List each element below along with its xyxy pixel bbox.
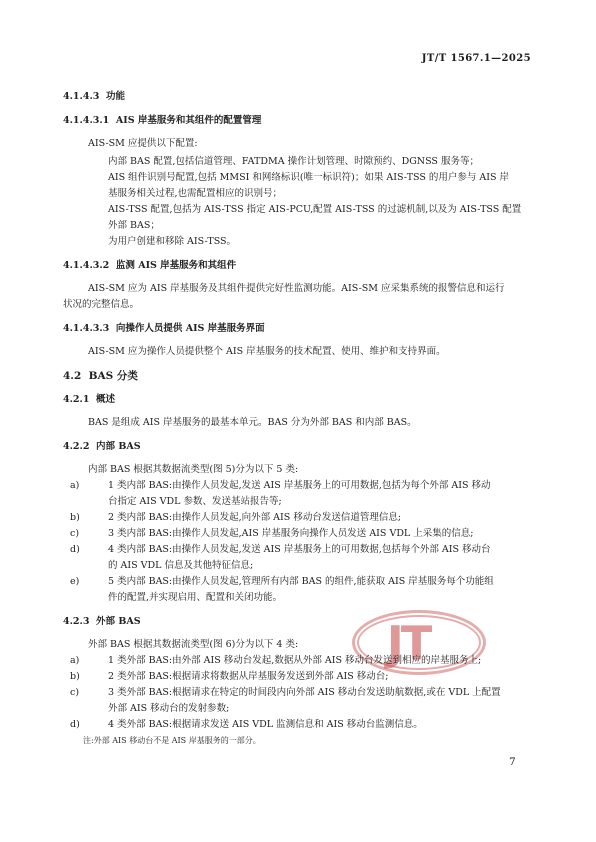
- line-text: AIS-SM 应为操作人员提供整个 AIS 岸基服务的技术配置、使用、维护和支持…: [88, 346, 446, 357]
- list-marker: a): [70, 478, 79, 494]
- line-text: 件的配置,并实现启用、配置和关闭功能。: [108, 592, 282, 603]
- line-text: 外部 BAS；: [108, 220, 160, 231]
- list-item: d)4 类外部 BAS:根据请求发送 AIS VDL 监测信息和 AIS 移动台…: [63, 717, 538, 733]
- page-number: 7: [509, 756, 516, 768]
- paragraph-line: AIS-SM 应提供以下配置:: [63, 136, 538, 152]
- line-text: 注:外部 AIS 移动台不是 AIS 岸基服务的一部分。: [83, 736, 261, 745]
- dash-list-line: 外部 BAS；: [63, 218, 538, 234]
- list-marker: e): [70, 574, 79, 590]
- line-text: 外部 BAS 根据其数据流类型(图 6)分为以下 4 类:: [88, 639, 298, 650]
- line-text: 4 类内部 BAS:由操作人员发起,发送 AIS 岸基服务上的可用数据,包括每个…: [108, 544, 491, 555]
- subsection-heading: 4.2.1 概述: [63, 392, 538, 408]
- list-item: c)3 类内部 BAS:由操作人员发起,AIS 岸基服务向操作人员发送 AIS …: [63, 526, 538, 542]
- standard-number-header: JT/T 1567.1—2025: [422, 53, 531, 64]
- line-text: 4.1.4.3.1 AIS 岸基服务和其组件的配置管理: [63, 115, 261, 126]
- list-continuation-line: 台指定 AIS VDL 参数、发送基站报告等;: [63, 494, 538, 510]
- line-text: 1 类内部 BAS:由操作人员发起,发送 AIS 岸基服务上的可用数据,包括为每…: [108, 480, 491, 491]
- document-page: JT/T 1567.1—2025 JT 4.1.4.3 功能4.1.4.3.1 …: [0, 0, 596, 842]
- line-text: 4.1.4.3.3 向操作人员提供 AIS 岸基服务界面: [63, 323, 265, 334]
- note-line: 注:外部 AIS 移动台不是 AIS 岸基服务的一部分。: [63, 733, 538, 748]
- line-text: 2 类外部 BAS:根据请求将数据从岸基服务发送到外部 AIS 移动台;: [108, 671, 389, 682]
- paragraph-line: AIS-SM 应为 AIS 岸基服务及其组件提供完好性监测功能。AIS-SM 应…: [63, 281, 538, 297]
- line-text: AIS-SM 应提供以下配置:: [88, 138, 198, 149]
- line-text: 3 类外部 BAS:根据请求在特定的时间段内向外部 AIS 移动台发送助航数据,…: [108, 687, 501, 698]
- line-text: 内部 BAS 配置,包括信道管理、FATDMA 操作计划管理、时隙预约、DGNS…: [108, 156, 479, 167]
- list-marker: a): [70, 653, 79, 669]
- line-text: 4.1.4.3.2 监测 AIS 岸基服务和其组件: [63, 260, 236, 271]
- subsection-heading: 4.1.4.3.1 AIS 岸基服务和其组件的配置管理: [63, 113, 538, 129]
- dash-list-line: 基服务相关过程,也需配置相应的识别号；: [63, 186, 538, 202]
- list-marker: c): [70, 685, 79, 701]
- paragraph-line: 内部 BAS 根据其数据流类型(图 5)分为以下 5 类:: [63, 462, 538, 478]
- paragraph-line: 状况的完整信息。: [63, 297, 538, 313]
- line-text: 4 类外部 BAS:根据请求发送 AIS VDL 监测信息和 AIS 移动台监测…: [108, 719, 423, 730]
- line-text: 1 类外部 BAS:由外部 AIS 移动台发起,数据从外部 AIS 移动台发送到…: [108, 655, 481, 666]
- list-marker: d): [70, 542, 80, 558]
- list-marker: d): [70, 717, 80, 733]
- list-item: d)4 类内部 BAS:由操作人员发起,发送 AIS 岸基服务上的可用数据,包括…: [63, 542, 538, 558]
- line-text: 2 类内部 BAS:由操作人员发起,向外部 AIS 移动台发送信道管理信息;: [108, 512, 401, 523]
- subsection-heading: 4.1.4.3.2 监测 AIS 岸基服务和其组件: [63, 258, 538, 274]
- list-marker: b): [70, 669, 80, 685]
- line-text: 基服务相关过程,也需配置相应的识别号；: [108, 188, 282, 199]
- list-continuation-line: 件的配置,并实现启用、配置和关闭功能。: [63, 590, 538, 606]
- dash-list-line: AIS 组件识别号配置,包括 MMSI 和网络标识(唯一标识符)；如果 AIS-…: [63, 170, 538, 186]
- line-text: 的 AIS VDL 信息及其他特征信息;: [108, 560, 253, 571]
- line-text: 4.2.1 概述: [63, 394, 115, 405]
- subsection-heading: 4.1.4.3.3 向操作人员提供 AIS 岸基服务界面: [63, 321, 538, 337]
- dash-list-line: 为用户创建和移除 AIS-TSS。: [63, 234, 538, 250]
- document-content: 4.1.4.3 功能4.1.4.3.1 AIS 岸基服务和其组件的配置管理AIS…: [63, 86, 538, 748]
- line-text: 外部 AIS 移动台的发射参数;: [108, 703, 229, 714]
- paragraph-line: BAS 是组成 AIS 岸基服务的最基本单元。BAS 分为外部 BAS 和内部 …: [63, 415, 538, 431]
- list-item: a)1 类外部 BAS:由外部 AIS 移动台发起,数据从外部 AIS 移动台发…: [63, 653, 538, 669]
- list-item: b)2 类外部 BAS:根据请求将数据从岸基服务发送到外部 AIS 移动台;: [63, 669, 538, 685]
- list-item: e)5 类内部 BAS:由操作人员发起,管理所有内部 BAS 的组件,能获取 A…: [63, 574, 538, 590]
- list-item: b)2 类内部 BAS:由操作人员发起,向外部 AIS 移动台发送信道管理信息;: [63, 510, 538, 526]
- list-marker: c): [70, 526, 79, 542]
- line-text: 为用户创建和移除 AIS-TSS。: [108, 236, 236, 247]
- paragraph-line: 外部 BAS 根据其数据流类型(图 6)分为以下 4 类:: [63, 637, 538, 653]
- subsection-heading: 4.2.2 内部 BAS: [63, 439, 538, 455]
- line-text: 台指定 AIS VDL 参数、发送基站报告等;: [108, 496, 282, 507]
- subsection-heading: 4.1.4.3 功能: [63, 89, 538, 105]
- line-text: 4.2 BAS 分类: [63, 370, 138, 382]
- section-heading: 4.2 BAS 分类: [63, 368, 538, 384]
- line-text: 5 类内部 BAS:由操作人员发起,管理所有内部 BAS 的组件,能获取 AIS…: [108, 576, 494, 587]
- list-item: a)1 类内部 BAS:由操作人员发起,发送 AIS 岸基服务上的可用数据,包括…: [63, 478, 538, 494]
- dash-list-line: AIS-TSS 配置,包括为 AIS-TSS 指定 AIS-PCU,配置 AIS…: [63, 202, 538, 218]
- line-text: 4.2.3 外部 BAS: [63, 616, 141, 627]
- line-text: AIS-TSS 配置,包括为 AIS-TSS 指定 AIS-PCU,配置 AIS…: [108, 204, 521, 215]
- list-item: c)3 类外部 BAS:根据请求在特定的时间段内向外部 AIS 移动台发送助航数…: [63, 685, 538, 701]
- list-continuation-line: 的 AIS VDL 信息及其他特征信息;: [63, 558, 538, 574]
- dash-list-line: 内部 BAS 配置,包括信道管理、FATDMA 操作计划管理、时隙预约、DGNS…: [63, 154, 538, 170]
- list-continuation-line: 外部 AIS 移动台的发射参数;: [63, 701, 538, 717]
- line-text: AIS-SM 应为 AIS 岸基服务及其组件提供完好性监测功能。AIS-SM 应…: [88, 283, 505, 294]
- line-text: 状况的完整信息。: [63, 299, 139, 310]
- paragraph-line: AIS-SM 应为操作人员提供整个 AIS 岸基服务的技术配置、使用、维护和支持…: [63, 344, 538, 360]
- line-text: 4.1.4.3 功能: [63, 91, 125, 102]
- line-text: AIS 组件识别号配置,包括 MMSI 和网络标识(唯一标识符)；如果 AIS-…: [108, 172, 509, 183]
- line-text: BAS 是组成 AIS 岸基服务的最基本单元。BAS 分为外部 BAS 和内部 …: [88, 417, 417, 428]
- line-text: 内部 BAS 根据其数据流类型(图 5)分为以下 5 类:: [88, 464, 298, 475]
- line-text: 4.2.2 内部 BAS: [63, 441, 141, 452]
- list-marker: b): [70, 510, 80, 526]
- subsection-heading: 4.2.3 外部 BAS: [63, 614, 538, 630]
- line-text: 3 类内部 BAS:由操作人员发起,AIS 岸基服务向操作人员发送 AIS VD…: [108, 528, 473, 539]
